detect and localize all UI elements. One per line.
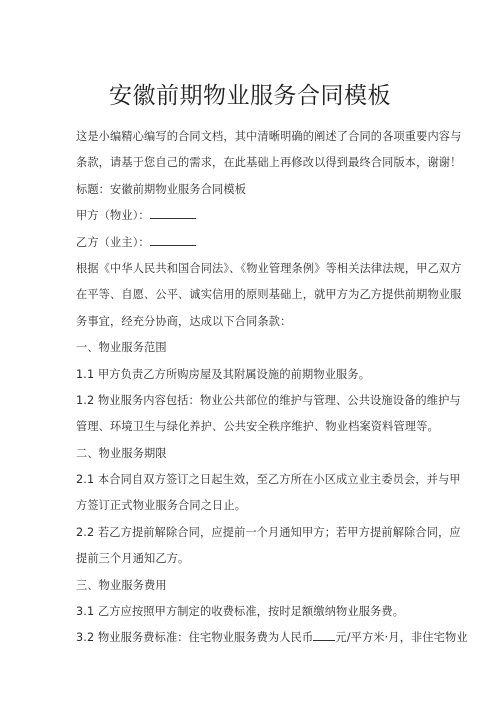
- preamble-line-3: 务事宜，经充分协商，达成以下合同条款：: [76, 309, 428, 335]
- clause-3-2-prefix: 3.2 物业服务费标准：住宅物业服务费为人民币: [76, 631, 313, 644]
- clause-3-1: 3.1 乙方应按照甲方制定的收费标准，按时足额缴纳物业服务费。: [76, 599, 428, 625]
- section-2-heading: 二、物业服务期限: [76, 441, 428, 467]
- clause-2-2-line-2: 提前三个月通知乙方。: [76, 546, 428, 572]
- clause-2-1-line-1: 2.1 本合同自双方签订之日起生效，至乙方所在小区成立业主委员会，并与甲: [76, 467, 428, 493]
- fee-amount-blank: [313, 630, 335, 641]
- intro-line-1: 这是小编精心编写的合同文档，其中清晰明确的阐述了合同的各项重要内容与: [76, 124, 428, 150]
- document-body: 这是小编精心编写的合同文档，其中清晰明确的阐述了合同的各项重要内容与 条款，请基…: [76, 124, 428, 652]
- party-b-label: 乙方（业主）：: [76, 236, 150, 249]
- section-1-heading: 一、物业服务范围: [76, 335, 428, 361]
- intro-line-2: 条款，请基于您自己的需求，在此基础上再修改以得到最终合同版本，谢谢！: [76, 150, 428, 176]
- clause-1-1: 1.1 甲方负责乙方所购房屋及其附属设施的前期物业服务。: [76, 362, 428, 388]
- clause-3-2-suffix: 元/平方米·月，非住宅物业: [335, 631, 467, 644]
- section-3-heading: 三、物业服务费用: [76, 573, 428, 599]
- party-a-line: 甲方（物业）：: [76, 203, 428, 229]
- clause-1-2-line-2: 管理、环境卫生与绿化养护、公共安全秩序维护、物业档案资料管理等。: [76, 414, 428, 440]
- document-title: 安徽前期物业服务合同模板: [0, 80, 500, 112]
- preamble-line-2: 在平等、自愿、公平、诚实信用的原则基础上，就甲方为乙方提供前期物业服: [76, 282, 428, 308]
- clause-2-2-line-1: 2.2 若乙方提前解除合同，应提前一个月通知甲方；若甲方提前解除合同，应: [76, 520, 428, 546]
- party-a-label: 甲方（物业）：: [76, 209, 150, 222]
- heading-line: 标题：安徽前期物业服务合同模板: [76, 177, 428, 203]
- clause-2-1-line-2: 方签订正式物业服务合同之日止。: [76, 493, 428, 519]
- party-b-line: 乙方（业主）：: [76, 230, 428, 256]
- clause-3-2-line-1: 3.2 物业服务费标准：住宅物业服务费为人民币元/平方米·月，非住宅物业: [76, 625, 428, 651]
- clause-1-2-line-1: 1.2 物业服务内容包括：物业公共部位的维护与管理、公共设施设备的维护与: [76, 388, 428, 414]
- party-a-blank: [150, 208, 196, 219]
- party-b-blank: [150, 235, 196, 246]
- document-page: 安徽前期物业服务合同模板 这是小编精心编写的合同文档，其中清晰明确的阐述了合同的…: [0, 0, 500, 707]
- preamble-line-1: 根据《中华人民共和国合同法》、《物业管理条例》等相关法律法规，甲乙双方: [76, 256, 428, 282]
